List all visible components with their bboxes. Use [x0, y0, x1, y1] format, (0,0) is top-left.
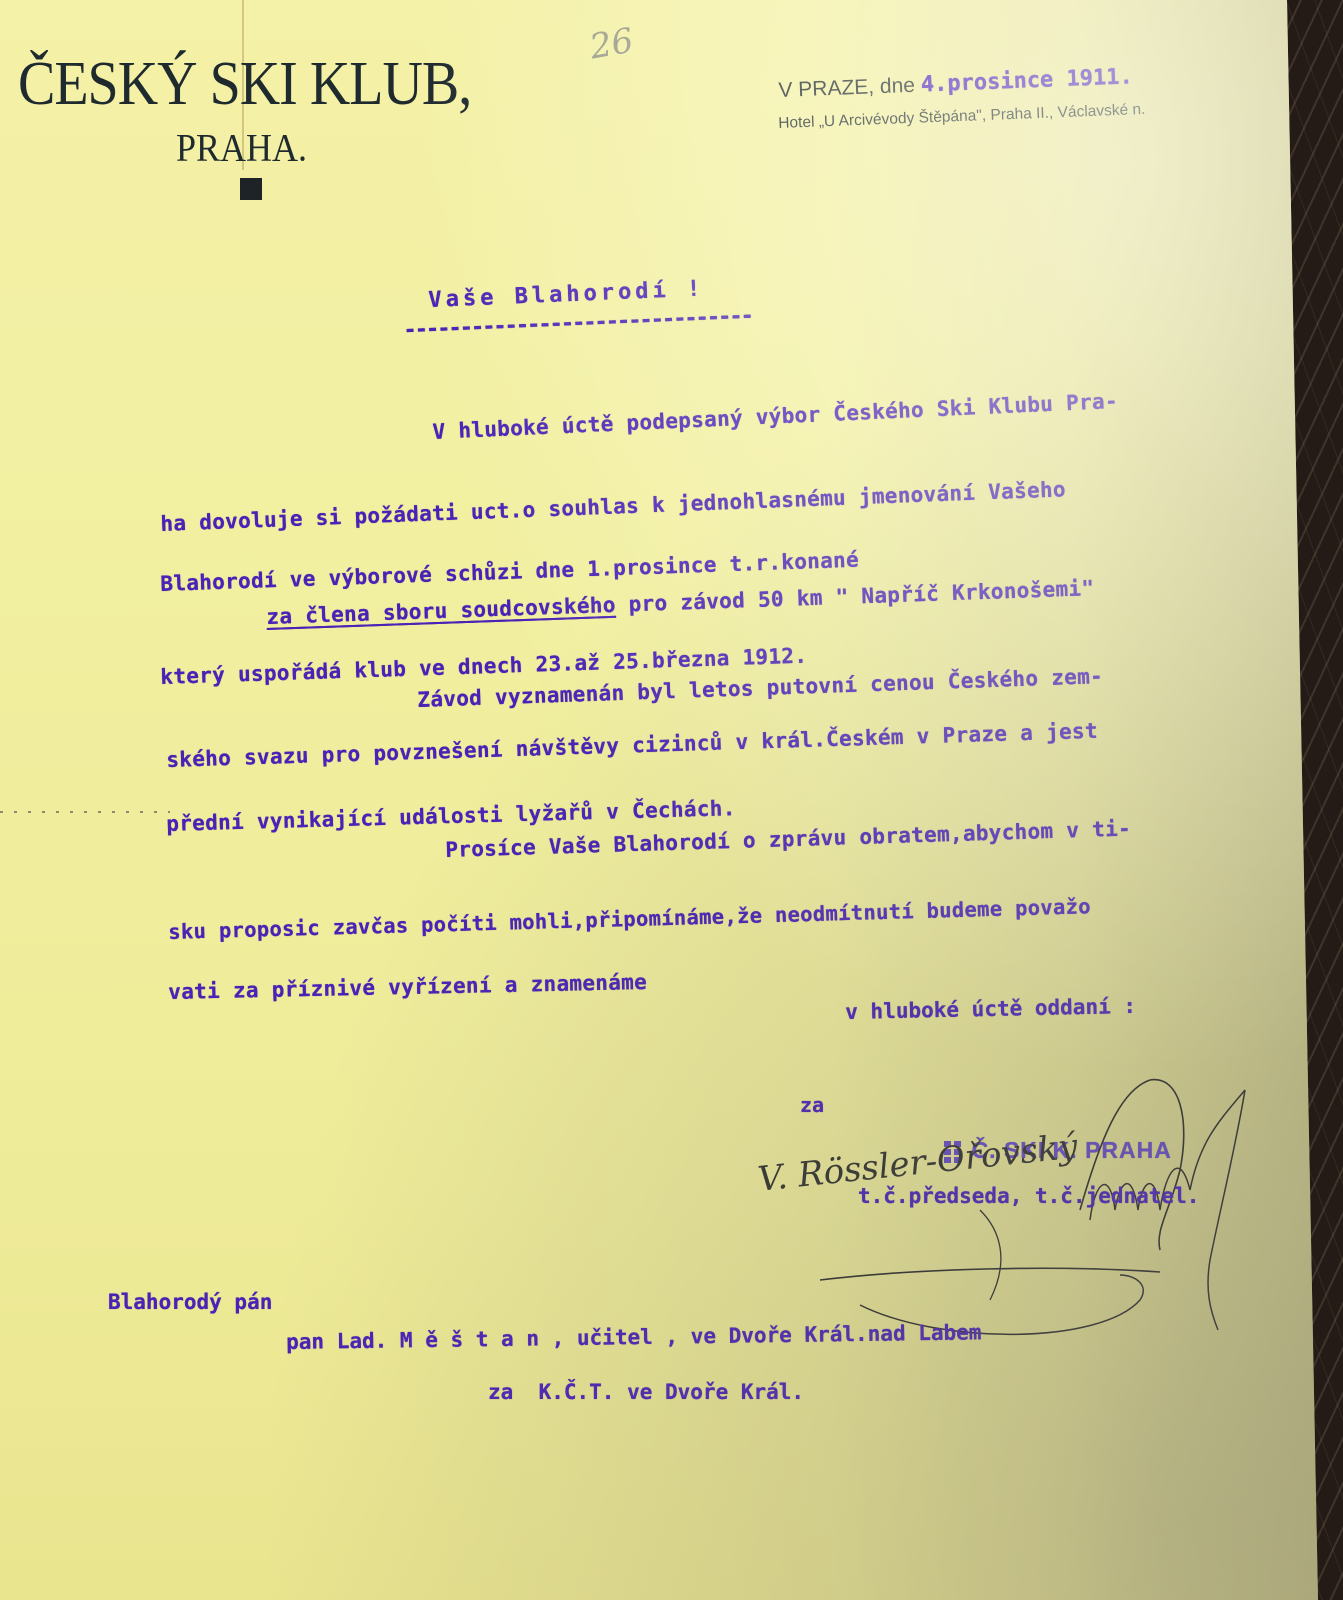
letterhead-city: PRAHA. [176, 124, 307, 170]
race-reference: pro závod 50 km " Napříč Krkonošemi" [615, 576, 1094, 617]
place-date-line: V PRAZE, dne4.prosince 1911. [778, 64, 1133, 103]
body-line: ha dovoluje si požádati uct.o souhlas k … [160, 477, 1066, 536]
margin-mark [0, 811, 170, 813]
letter-date: 4.prosince 1911. [920, 64, 1133, 97]
body-line: V hluboké úctě podepsaný výbor Českého S… [432, 389, 1118, 444]
place-prefix: V PRAZE, dne [778, 74, 915, 102]
body-line: vati za příznivé vyřízení a znamenáme [168, 970, 647, 1004]
archive-number: 26 [587, 21, 637, 68]
body-line: přední vynikající události lyžařů v Čech… [166, 796, 736, 836]
recipient-name: pan Lad. M ě š t a n , učitel , ve Dvoře… [286, 1320, 982, 1354]
letter-page: ČESKÝ SKI KLUB, PRAHA. 26 V PRAZE, dne4.… [0, 0, 1343, 1600]
body-line: ského svazu pro povznešení návštěvy cizi… [166, 719, 1098, 772]
underlined-phrase-text: za člena sboru soudcovského [266, 593, 616, 629]
body-line: sku proposic zavčas počíti mohli,připomí… [168, 894, 1091, 944]
recipient-salutation: Blahorodý pán [108, 1290, 272, 1314]
letterhead-address: Hotel „U Arcivévody Štěpána", Praha II.,… [778, 101, 1146, 133]
signatory-roles: t.č.předseda, t.č.jednatel. [858, 1184, 1199, 1208]
letterhead-square-mark-icon [240, 178, 262, 200]
closing-phrase: v hluboké úctě oddaní : [845, 994, 1136, 1024]
recipient-affiliation: za K.Č.T. ve Dvoře Král. [488, 1380, 804, 1404]
letterhead-club-name: ČESKÝ SKI KLUB, [18, 48, 471, 120]
